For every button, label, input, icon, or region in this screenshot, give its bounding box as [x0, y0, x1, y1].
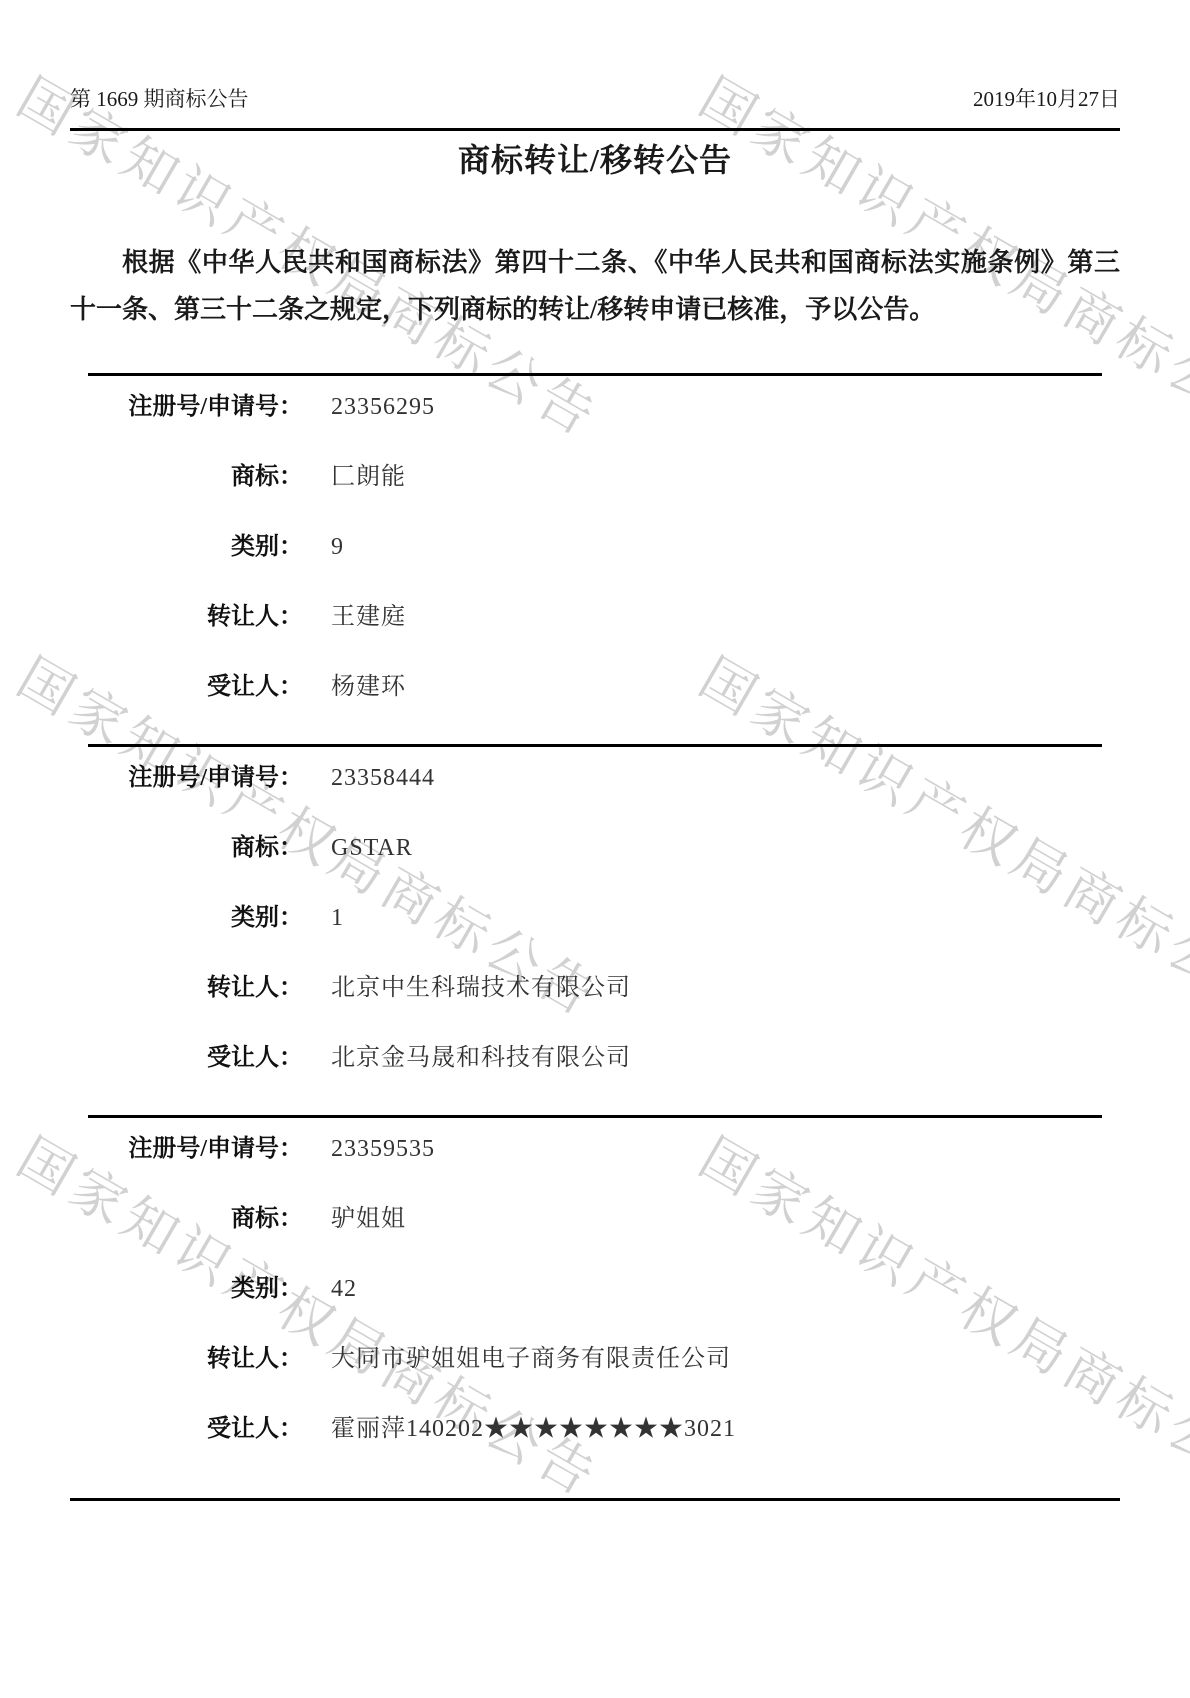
reg-no-label: 注册号/申请号：: [88, 392, 303, 422]
assignee-value: 北京金马晟和科技有限公司: [303, 1043, 631, 1073]
page-content: 第 1669 期商标公告 2019年10月27日 商标转让/移转公告 根据《中华…: [0, 0, 1190, 1501]
record-list: 注册号/申请号： 23356295 商标： 匚朗能 类别： 9 转让人： 王建庭…: [0, 373, 1190, 1486]
assignor-value: 大同市驴姐姐电子商务有限责任公司: [303, 1344, 731, 1374]
field-row-trademark: 商标： 匚朗能: [88, 462, 1102, 492]
assignor-label: 转让人：: [88, 602, 303, 632]
reg-no-value: 23358444: [303, 763, 435, 793]
field-row-assignee: 受让人： 北京金马晟和科技有限公司: [88, 1043, 1102, 1073]
assignee-value: 杨建环: [303, 672, 406, 702]
field-row-assignor: 转让人： 大同市驴姐姐电子商务有限责任公司: [88, 1344, 1102, 1374]
field-row-assignor: 转让人： 北京中生科瑞技术有限公司: [88, 973, 1102, 1003]
trademark-value: 驴姐姐: [303, 1204, 406, 1234]
assignee-label: 受让人：: [88, 1043, 303, 1073]
field-row-trademark: 商标： 驴姐姐: [88, 1204, 1102, 1234]
assignor-value: 北京中生科瑞技术有限公司: [303, 973, 631, 1003]
category-label: 类别：: [88, 903, 303, 933]
assignee-value: 霍丽萍140202★★★★★★★★3021: [303, 1414, 736, 1444]
intro-paragraph: 根据《中华人民共和国商标法》第四十二条、《中华人民共和国商标法实施条例》第三十一…: [70, 239, 1120, 333]
category-value: 9: [303, 532, 344, 562]
field-row-reg-no: 注册号/申请号： 23359535: [88, 1134, 1102, 1164]
field-row-reg-no: 注册号/申请号： 23358444: [88, 763, 1102, 793]
field-row-category: 类别： 42: [88, 1274, 1102, 1304]
trademark-label: 商标：: [88, 462, 303, 492]
trademark-value: GSTAR: [303, 833, 413, 863]
gazette-issue-label: 第 1669 期商标公告: [70, 84, 249, 114]
field-row-category: 类别： 9: [88, 532, 1102, 562]
trademark-record: 注册号/申请号： 23359535 商标： 驴姐姐 类别： 42 转让人： 大同…: [88, 1115, 1102, 1486]
trademark-record: 注册号/申请号： 23356295 商标： 匚朗能 类别： 9 转让人： 王建庭…: [88, 373, 1102, 744]
reg-no-label: 注册号/申请号：: [88, 763, 303, 793]
reg-no-value: 23356295: [303, 392, 435, 422]
assignee-label: 受让人：: [88, 672, 303, 702]
reg-no-label: 注册号/申请号：: [88, 1134, 303, 1164]
category-label: 类别：: [88, 532, 303, 562]
assignor-label: 转让人：: [88, 973, 303, 1003]
field-row-assignor: 转让人： 王建庭: [88, 602, 1102, 632]
category-value: 1: [303, 903, 344, 933]
field-row-reg-no: 注册号/申请号： 23356295: [88, 392, 1102, 422]
field-row-assignee: 受让人： 霍丽萍140202★★★★★★★★3021: [88, 1414, 1102, 1444]
masthead-rule: [70, 128, 1120, 131]
assignee-label: 受让人：: [88, 1414, 303, 1444]
category-value: 42: [303, 1274, 357, 1304]
page-title: 商标转让/移转公告: [70, 137, 1120, 183]
assignor-value: 王建庭: [303, 602, 406, 632]
trademark-record: 注册号/申请号： 23358444 商标： GSTAR 类别： 1 转让人： 北…: [88, 744, 1102, 1115]
category-label: 类别：: [88, 1274, 303, 1304]
trademark-label: 商标：: [88, 833, 303, 863]
masthead: 第 1669 期商标公告 2019年10月27日: [70, 84, 1120, 114]
bottom-rule: [70, 1498, 1120, 1501]
trademark-value: 匚朗能: [303, 462, 406, 492]
assignor-label: 转让人：: [88, 1344, 303, 1374]
field-row-assignee: 受让人： 杨建环: [88, 672, 1102, 702]
gazette-date-label: 2019年10月27日: [973, 84, 1120, 114]
field-row-category: 类别： 1: [88, 903, 1102, 933]
reg-no-value: 23359535: [303, 1134, 435, 1164]
trademark-label: 商标：: [88, 1204, 303, 1234]
gazette-page: 国家知识产权局商标公告 国家知识产权局商标公告 国家知识产权局商标公告 国家知识…: [0, 0, 1190, 1698]
field-row-trademark: 商标： GSTAR: [88, 833, 1102, 863]
